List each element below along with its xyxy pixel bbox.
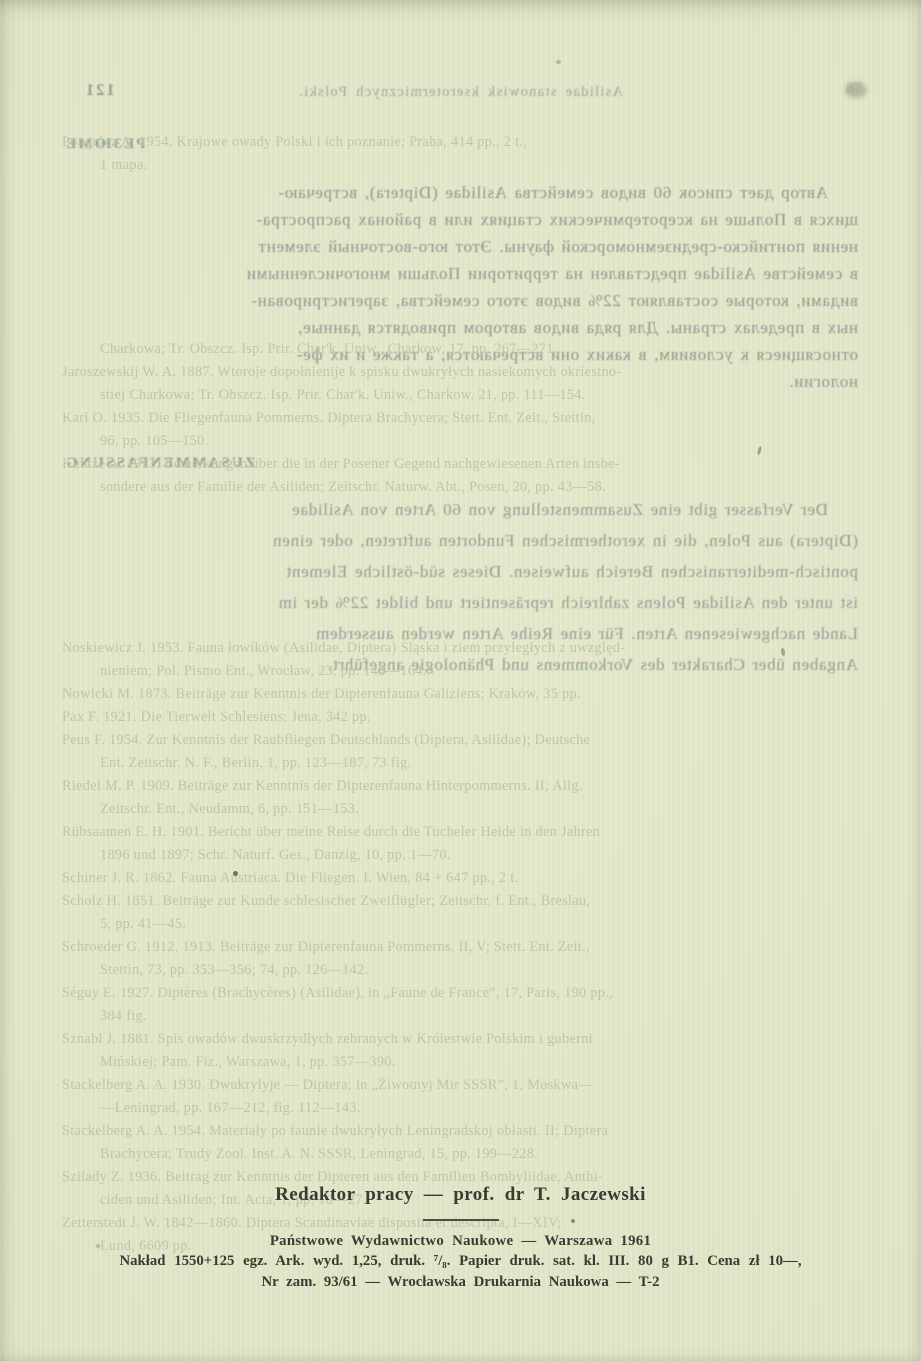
text-line: Ent. Zeitschr. N. F., Berlin, 1, pp. 123… [62,752,878,775]
text-line: Stackelberg A. A. 1930. Dwukryłyje — Dip… [62,1074,878,1097]
scan-speck [96,1244,100,1248]
text-line: Schroeder G. 1912, 1913. Beiträge zur Di… [62,936,878,959]
text-line: Charkowa; Tr. Obszcz. Isp. Prir. Char'k.… [62,338,878,361]
text-line: Karl O. 1935. Die Fliegenfauna Pommerns.… [62,407,878,430]
text-line [62,499,878,522]
scan-speck [571,1219,575,1223]
text-line: stiej Charkowa; Tr. Obszcz. Isp. Prir. C… [62,384,878,407]
text-line: 1 mapa. [62,154,878,177]
text-line: 5, pp. 41—45. [62,913,878,936]
text-line: Kuntze A. 1913. Bemerkungen über die in … [62,453,878,476]
text-line: Sznabl J. 1881. Spis owadów dwuskrzydłyc… [62,1028,878,1051]
bleedthrough-running-head: Asilidae stanowisk kserotermicznych Pols… [0,84,921,101]
text-line: sondere aus der Familie der Asiliden; Ze… [62,476,878,499]
scan-speck [556,60,561,64]
bleedthrough-running-head-text: Asilidae stanowisk kserotermicznych Pols… [298,84,623,101]
text-line: 1896 und 1897; Schr. Naturf. Ges., Danzi… [62,844,878,867]
text-line: Séguy E. 1927. Diptères (Brachycères) (A… [62,982,878,1005]
faded-bibliography-list: Pongrácz A. 1954. Krajowe owady Polski i… [62,131,878,1258]
text-line [62,269,878,292]
text-line: nieniem; Pol. Pismo Ent., Wrocław, 23, p… [62,660,878,683]
text-line [62,292,878,315]
scan-speck [233,871,238,876]
text-line: Scholz H. 1851. Beiträge zur Kunde schle… [62,890,878,913]
text-line [62,545,878,568]
text-line [62,177,878,200]
text-line: Mińskiej; Pam. Fiz., Warszawa, 1, pp. 35… [62,1051,878,1074]
print-order-line: Nr zam. 93/61 — Wrocławska Drukarnia Nau… [0,1274,921,1291]
text-line: 384 fig. [62,1005,878,1028]
text-line: Zetterstedt J. W. 1842—1860. Diptera Sca… [62,1212,878,1235]
scanned-journal-page: 121 Asilidae stanowisk kserotermicznych … [0,0,921,1361]
text-line: Stackelberg A. A. 1954. Materiały po fau… [62,1120,878,1143]
print-run-line: Nakład 1550+125 egz. Ark. wyd. 1,25, dru… [0,1253,921,1270]
text-line: Rübsaamen E. H. 1901. Bericht über meine… [62,821,878,844]
text-line [62,522,878,545]
text-line [62,223,878,246]
text-line [62,200,878,223]
text-line [62,591,878,614]
text-line: Stettin, 73, pp. 353—356; 74, pp. 126—14… [62,959,878,982]
text-line: Nowicki M. 1873. Beiträge zur Kenntnis d… [62,683,878,706]
text-line: Pax F. 1921. Die Tierwelt Schlesiens; Je… [62,706,878,729]
publisher-line: Państwowe Wydawnictwo Naukowe — Warszawa… [0,1233,921,1250]
text-line: Noskiewicz J. 1953. Fauna łowików (Asili… [62,637,878,660]
scan-smudge [845,82,867,98]
text-line: —Leningrad, pp. 167—212, fig. 112—143. [62,1097,878,1120]
text-line [62,614,878,637]
text-line: Jaroszewskij W. A. 1887. Wtoroje dopołni… [62,361,878,384]
text-line: Peus F. 1954. Zur Kenntnis der Raubflieg… [62,729,878,752]
editor-credit-line: Redaktor pracy — prof. dr T. Jaczewski [0,1184,921,1206]
text-line [62,568,878,591]
text-line: Riedel M. P. 1909. Beiträge zur Kenntnis… [62,775,878,798]
text-line: Zeitschr. Ent., Neudamm, 6, pp. 151—153. [62,798,878,821]
text-line: 96, pp. 105—150. [62,430,878,453]
text-line: Brachycera; Trudy Zool. Inst. A. N. SSSR… [62,1143,878,1166]
text-line [62,315,878,338]
text-line [62,246,878,269]
colophon-divider-rule [423,1219,499,1221]
text-line: Pongrácz A. 1954. Krajowe owady Polski i… [62,131,878,154]
text-line: Schiner J. R. 1862. Fauna Austriaca. Die… [62,867,878,890]
